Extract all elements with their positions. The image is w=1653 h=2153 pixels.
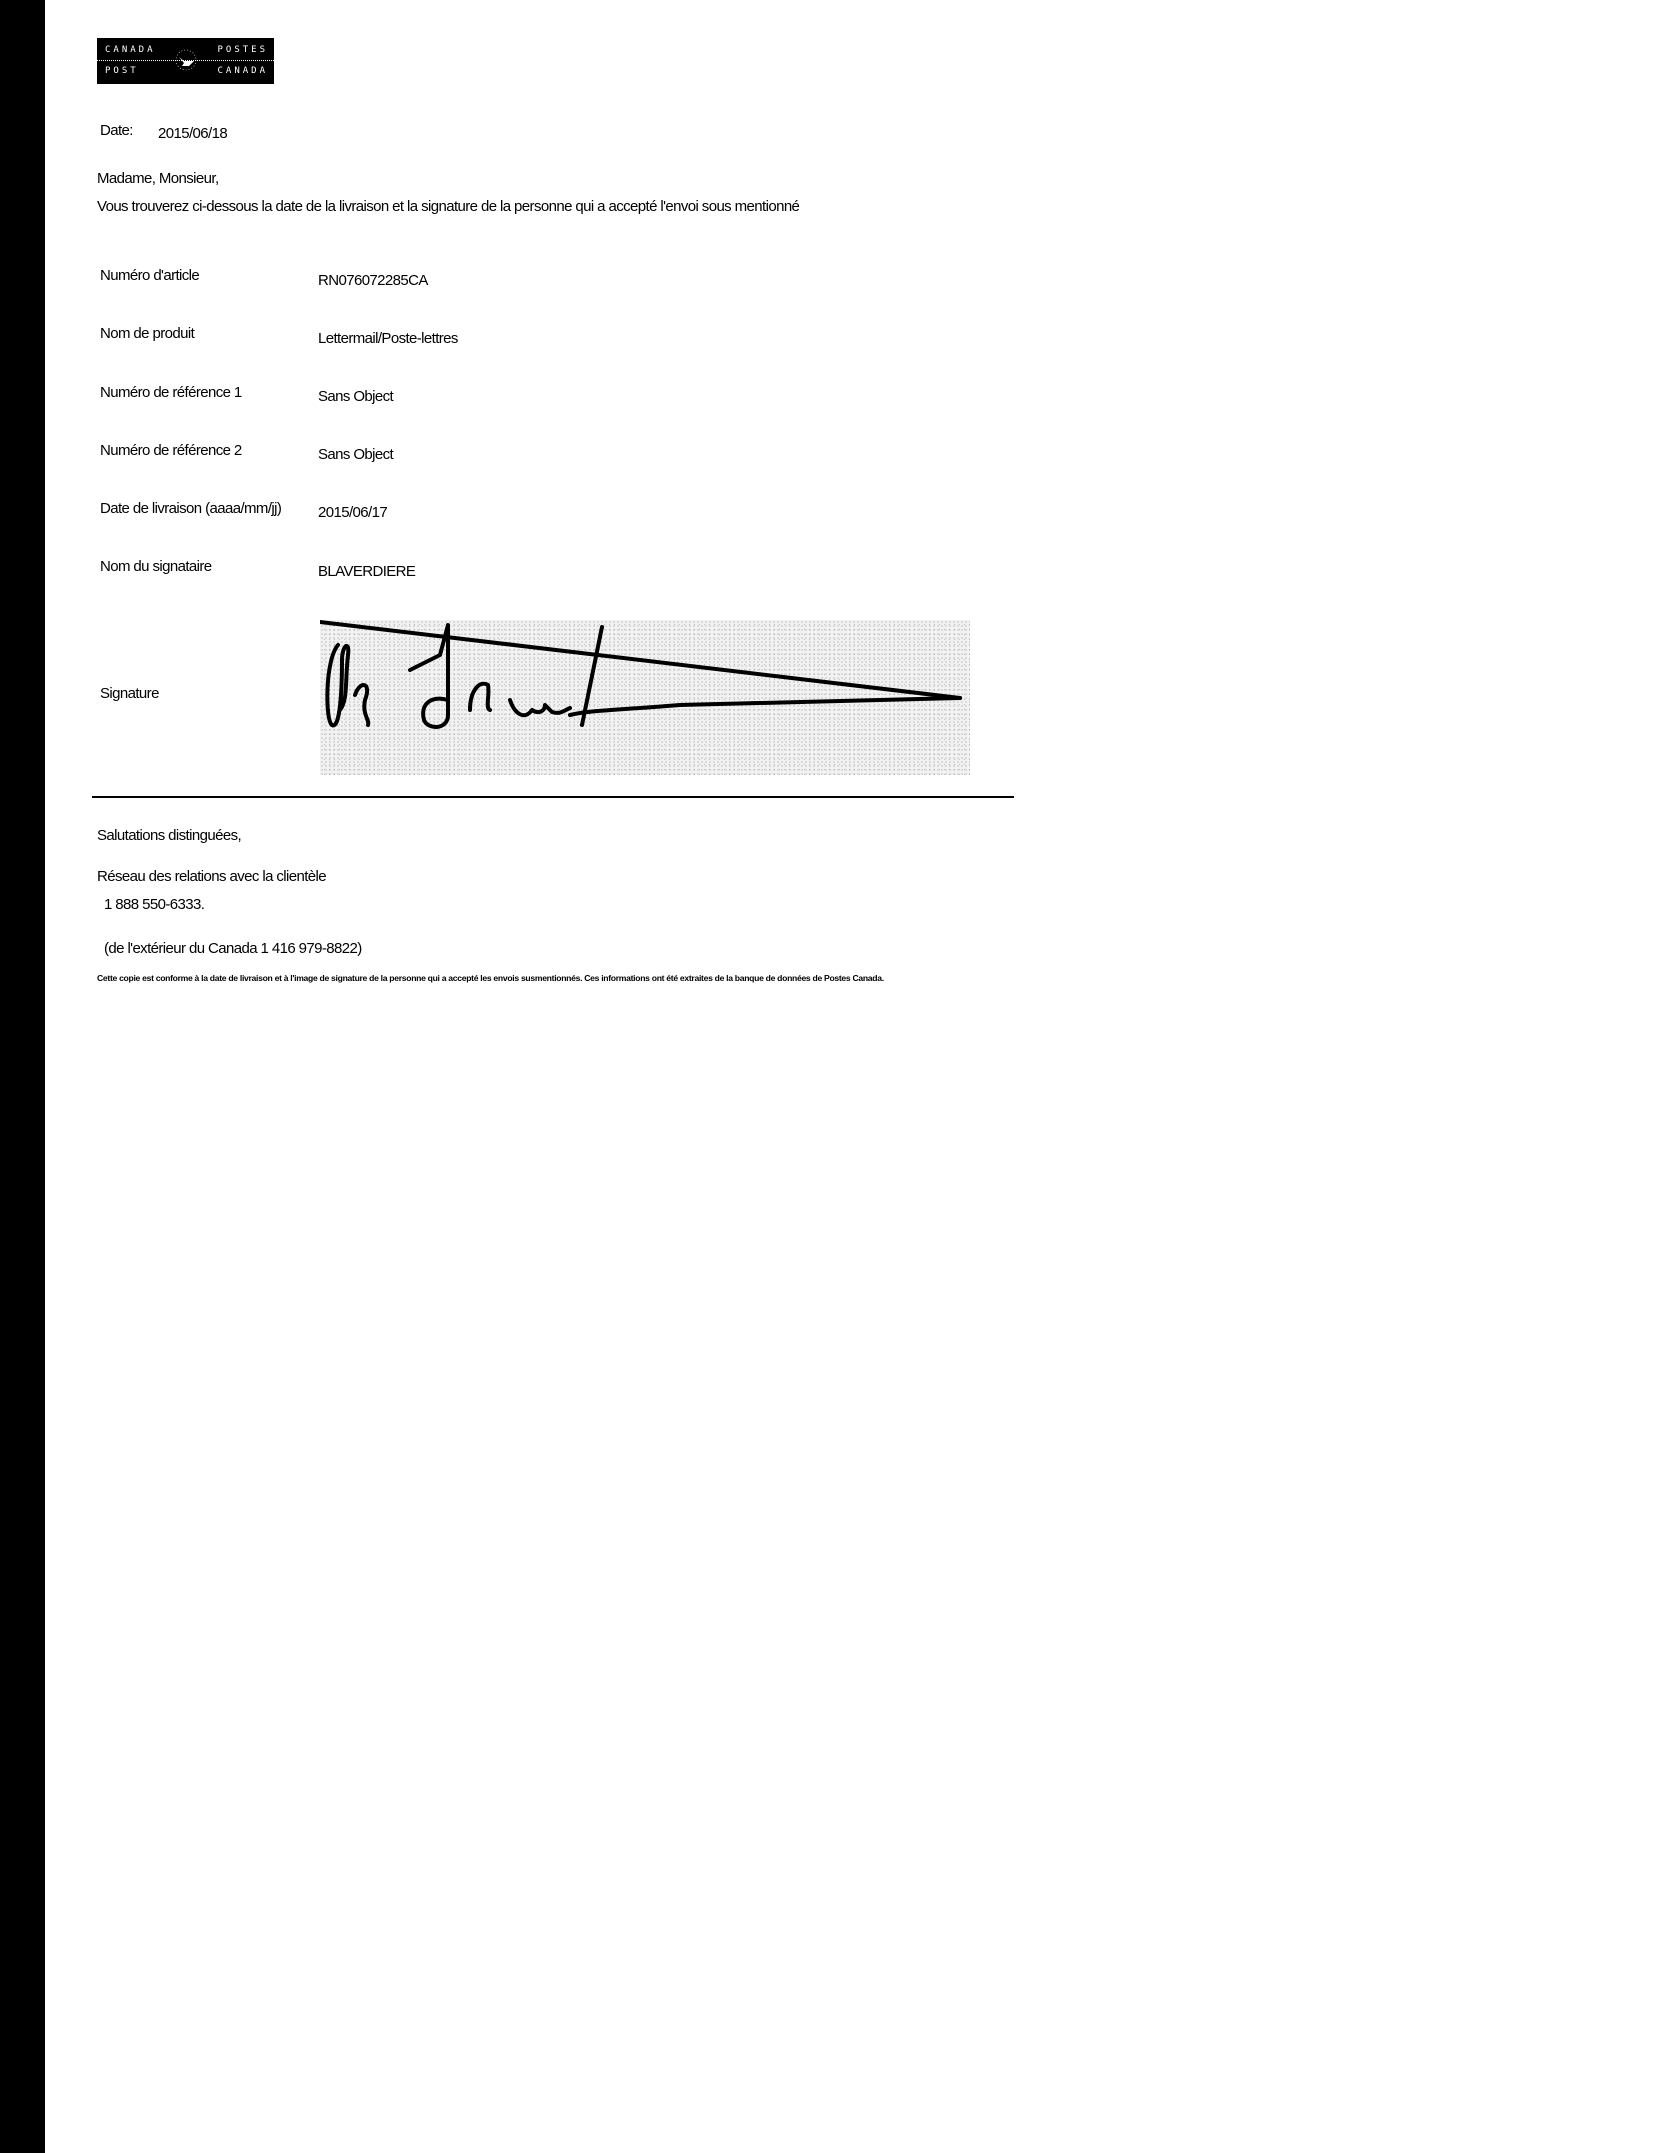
date-value: 2015/06/18 bbox=[158, 125, 227, 142]
field-value-delivery-date: 2015/06/17 bbox=[318, 504, 387, 521]
field-value-article-number: RN076072285CA bbox=[318, 272, 428, 289]
logo-text-post: POST bbox=[105, 66, 139, 76]
field-value-reference-2: Sans Object bbox=[318, 446, 393, 463]
field-label-delivery-date: Date de livraison (aaaa/mm/jj) bbox=[100, 500, 281, 517]
logo-text-postes: POSTES bbox=[217, 45, 268, 55]
logo-text-canada: CANADA bbox=[105, 45, 156, 55]
intro-line: Vous trouverez ci-dessous la date de la … bbox=[97, 198, 799, 215]
scan-edge-strip bbox=[0, 0, 45, 2153]
disclaimer-text: Cette copie est conforme à la date de li… bbox=[97, 973, 1017, 984]
field-label-reference-2: Numéro de référence 2 bbox=[100, 442, 242, 459]
canada-post-logo: CANADA POST POSTES CANADA bbox=[97, 38, 274, 84]
field-value-reference-1: Sans Object bbox=[318, 388, 393, 405]
field-value-signatory-name: BLAVERDIERE bbox=[318, 563, 415, 580]
salutation-line: Madame, Monsieur, bbox=[97, 170, 219, 187]
field-label-article-number: Numéro d'article bbox=[100, 267, 199, 284]
eagle-flag-icon bbox=[175, 48, 197, 72]
field-label-product-name: Nom de produit bbox=[100, 325, 194, 342]
closing-department: Réseau des relations avec la clientèle bbox=[97, 868, 326, 885]
closing-phone-outside-canada: (de l'extérieur du Canada 1 416 979-8822… bbox=[104, 940, 362, 957]
closing-regards: Salutations distinguées, bbox=[97, 827, 241, 844]
closing-phone: 1 888 550-6333. bbox=[104, 896, 204, 913]
logo-text-canada-fr: CANADA bbox=[217, 66, 268, 76]
date-label: Date: bbox=[100, 122, 133, 139]
signature-image bbox=[320, 620, 970, 775]
field-label-signatory-name: Nom du signataire bbox=[100, 558, 212, 575]
field-label-reference-1: Numéro de référence 1 bbox=[100, 384, 242, 401]
signature-label: Signature bbox=[100, 685, 159, 702]
field-value-product-name: Lettermail/Poste-lettres bbox=[318, 330, 458, 347]
section-divider bbox=[92, 796, 1014, 798]
